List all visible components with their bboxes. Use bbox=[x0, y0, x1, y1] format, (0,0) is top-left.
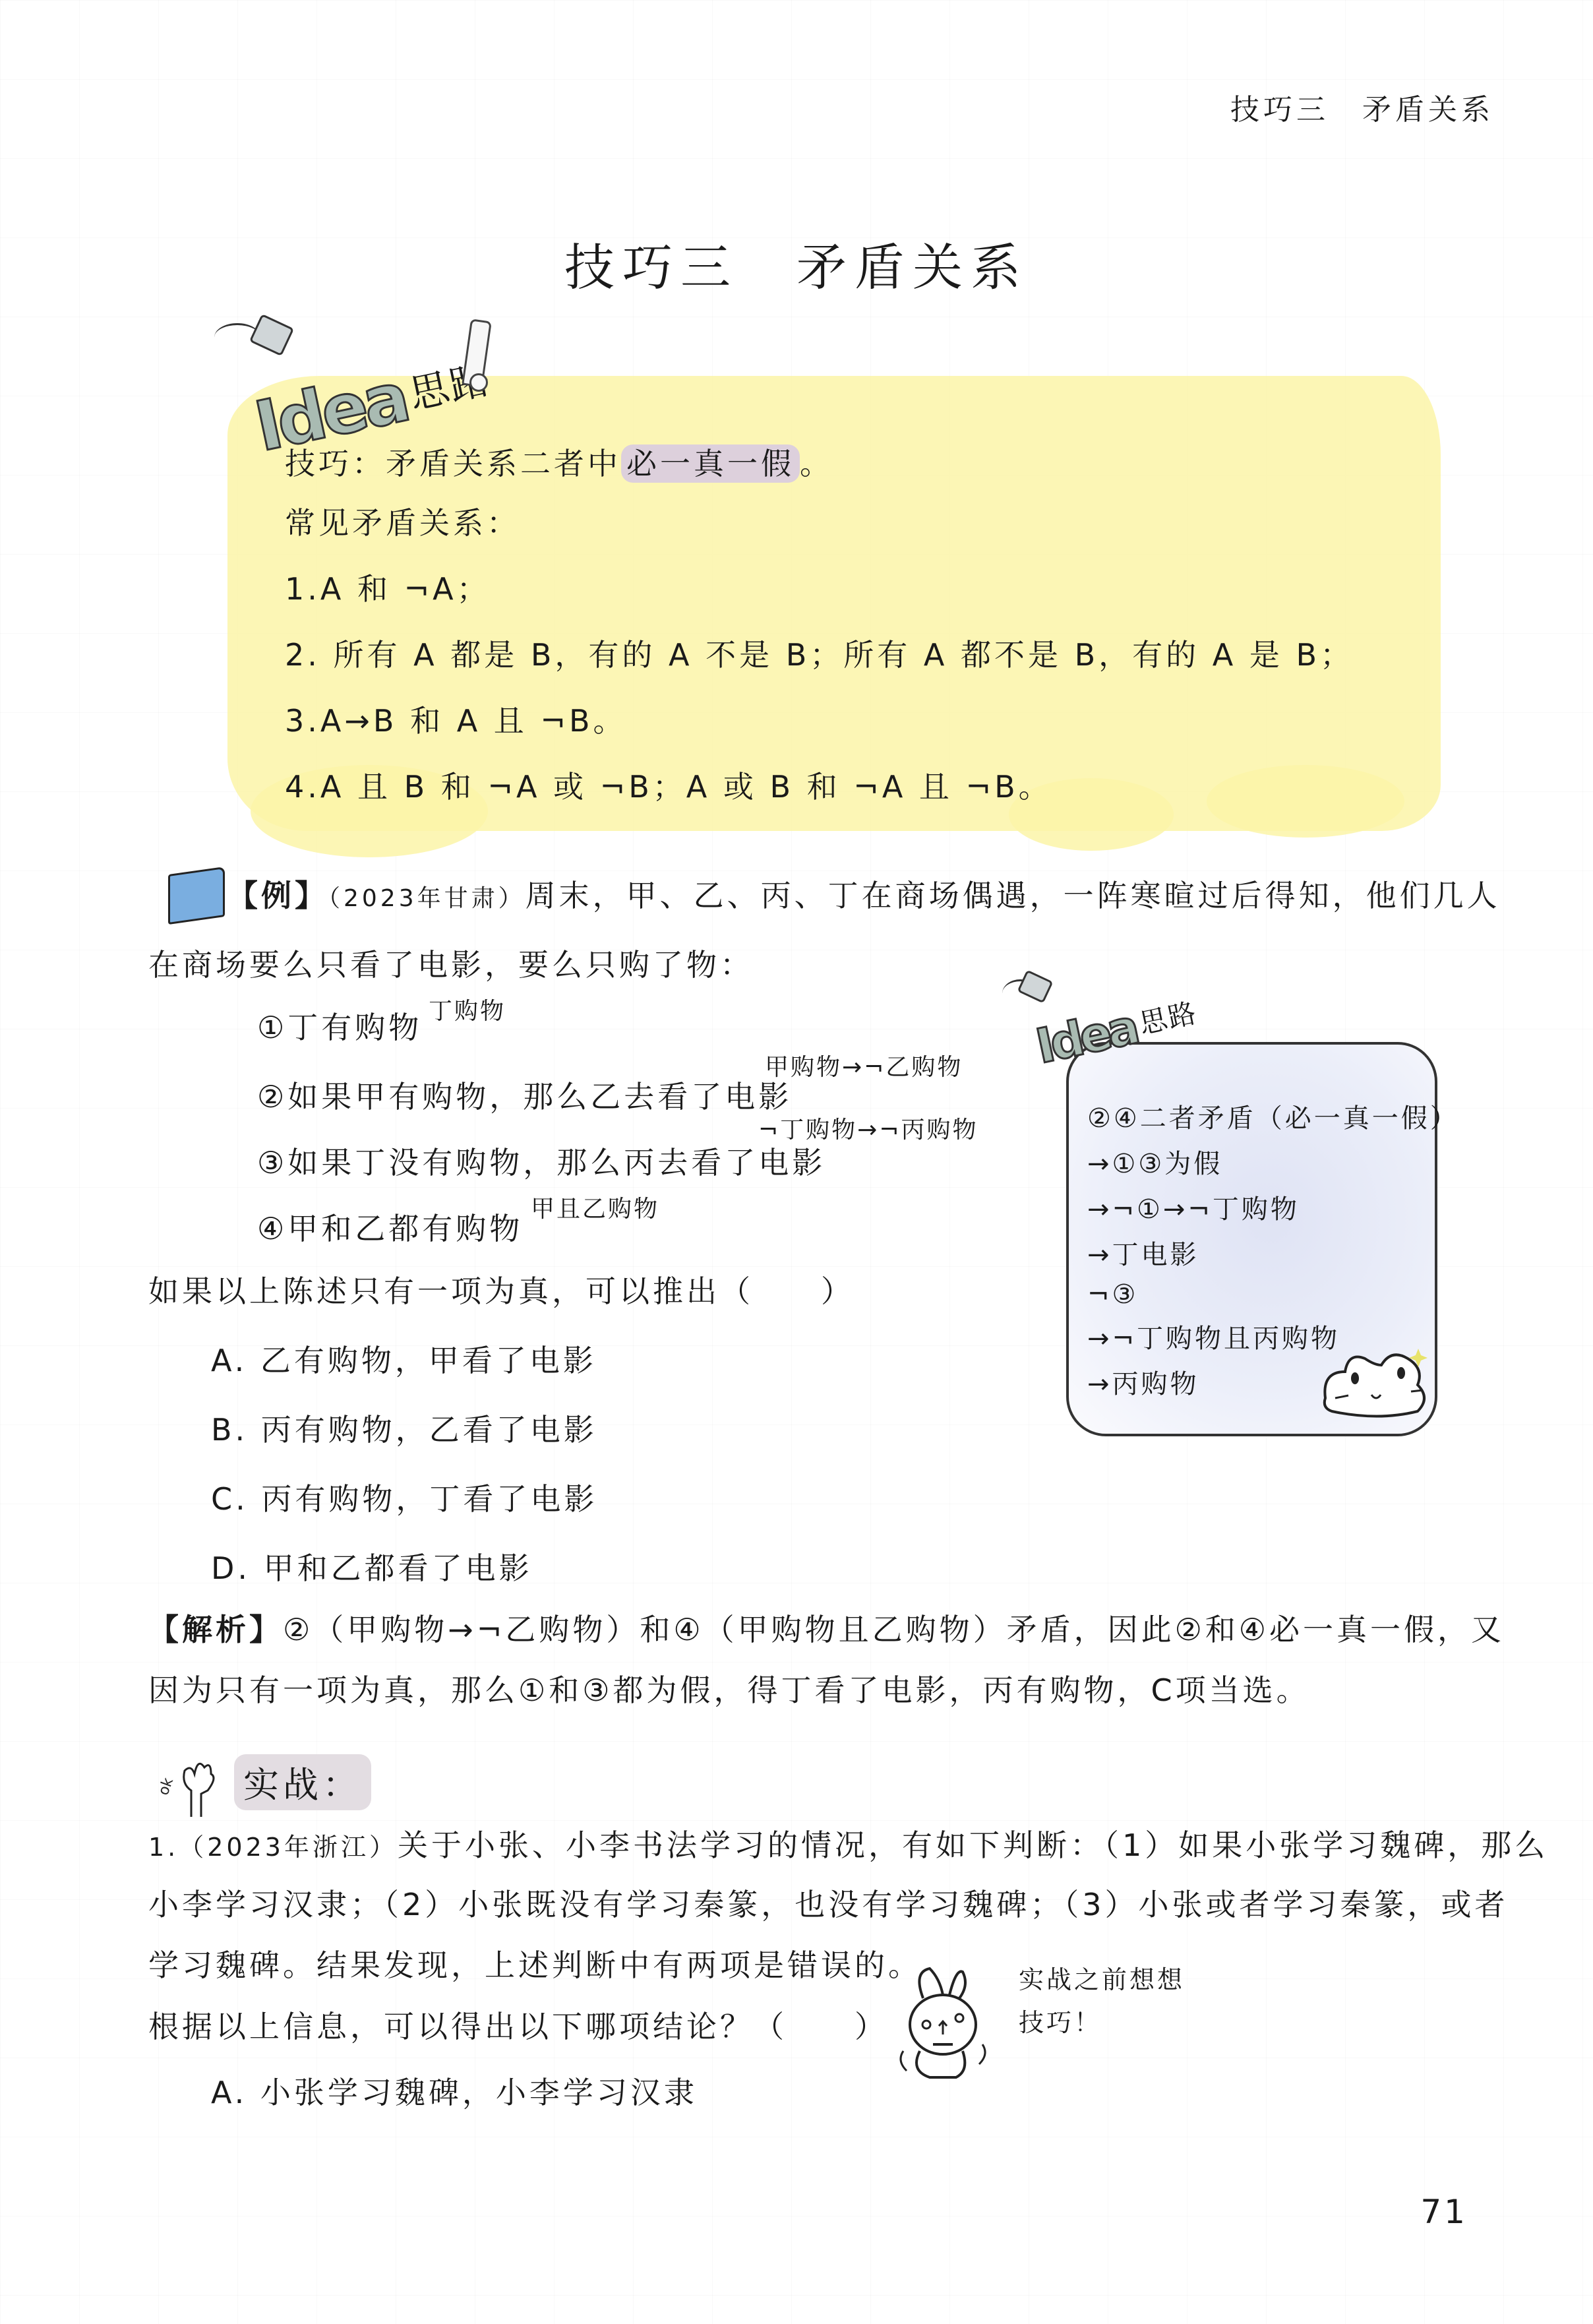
svg-text:ok: ok bbox=[156, 1775, 177, 1797]
ok-hand-icon: ok bbox=[155, 1751, 227, 1823]
technique-line: 技巧：矛盾关系二者中必一真一假。 bbox=[285, 448, 833, 479]
think-line: ②④二者矛盾（必一真一假） bbox=[1087, 1097, 1459, 1135]
practice-q1-source: 1.（2023年浙江） bbox=[148, 1833, 398, 1862]
exclamation-dot-icon bbox=[469, 373, 488, 392]
option-a[interactable]: A. 乙有购物，甲看了电影 bbox=[211, 1345, 597, 1376]
practice-badge: 实战： bbox=[234, 1754, 371, 1810]
statement-4-note: 甲且乙购物 bbox=[531, 1190, 659, 1224]
idea-badge-label: 思路 bbox=[1135, 991, 1201, 1042]
statement-4: ④甲和乙都有购物 bbox=[257, 1213, 523, 1244]
yellow-wash-drip bbox=[1207, 765, 1404, 838]
common-contradictions-heading: 常见矛盾关系： bbox=[285, 508, 520, 538]
analysis-label: 【解析】 bbox=[148, 1612, 283, 1647]
contradiction-item: 4.A 且 B 和 ¬A 或 ¬B；A 或 B 和 ¬A 且 ¬B。 bbox=[285, 772, 1052, 802]
think-line: →¬①→¬丁购物 bbox=[1087, 1188, 1459, 1226]
contradiction-item: 2. 所有 A 都是 B，有的 A 不是 B；所有 A 都不是 B，有的 A 是… bbox=[285, 640, 1354, 670]
practice-q1-line1: 1.（2023年浙江）关于小张、小李书法学习的情况，有如下判断：（1）如果小张学… bbox=[148, 1830, 1548, 1860]
contradiction-item: 1.A 和 ¬A； bbox=[285, 574, 491, 604]
practice-q1-line3: 学习魏碑。结果发现，上述判断中有两项是错误的。 bbox=[148, 1950, 922, 1980]
practice-q1-question: 根据以上信息，可以得出以下哪项结论？（ ） bbox=[148, 2011, 888, 2042]
frog-icon bbox=[1319, 1345, 1431, 1418]
option-d[interactable]: D. 甲和乙都看了电影 bbox=[211, 1553, 533, 1583]
analysis-line1: 【解析】②（甲购物→¬乙购物）和④（甲购物且乙购物）矛盾，因此②和④必一真一假，… bbox=[148, 1614, 1505, 1645]
example-question: 如果以上陈述只有一项为真，可以推出（ ） bbox=[148, 1276, 855, 1306]
think-line: ¬③ bbox=[1087, 1279, 1459, 1310]
practice-q1-option-a[interactable]: A. 小张学习魏碑，小李学习汉隶 bbox=[211, 2077, 698, 2108]
statement-2: ②如果甲有购物，那么乙去看了电影 bbox=[257, 1082, 792, 1112]
statement-3-note: ¬丁购物→¬丙购物 bbox=[758, 1111, 978, 1145]
book-icon bbox=[168, 867, 225, 925]
example-label: 【例】 bbox=[227, 878, 328, 913]
statement-1: ①丁有购物 bbox=[257, 1012, 422, 1043]
analysis-line2: 因为只有一项为真，那么①和③都为假，得丁看了电影，丙有购物，C项当选。 bbox=[148, 1675, 1310, 1705]
practice-q1-line2: 小李学习汉隶；（2）小张既没有学习秦篆，也没有学习魏碑；（3）小张或者学习秦篆，… bbox=[148, 1889, 1509, 1920]
statement-1-note: 丁购物 bbox=[429, 993, 506, 1026]
option-b[interactable]: B. 丙有购物，乙看了电影 bbox=[211, 1415, 597, 1445]
option-c[interactable]: C. 丙有购物，丁看了电影 bbox=[211, 1484, 597, 1514]
example-stem-line2: 在商场要么只看了电影，要么只购了物： bbox=[148, 950, 754, 980]
example-stem-line1: 【例】（2023年甘肃）周末，甲、乙、丙、丁在商场偶遇，一阵寒暄过后得知，他们几… bbox=[227, 880, 1501, 911]
running-head: 技巧三 矛盾关系 bbox=[1230, 86, 1494, 128]
think-line: →①③为假 bbox=[1087, 1143, 1459, 1180]
example-source: （2023年甘肃） bbox=[328, 885, 526, 912]
page-number: 71 bbox=[1420, 2193, 1468, 2231]
cartoon-rabbit-icon bbox=[884, 1959, 1002, 2084]
think-line: →丁电影 bbox=[1087, 1234, 1459, 1271]
statement-3: ③如果丁没有购物，那么丙去看了电影 bbox=[257, 1147, 826, 1178]
contradiction-item: 3.A→B 和 A 且 ¬B。 bbox=[285, 706, 627, 736]
technique-highlight: 必一真一假 bbox=[621, 444, 800, 483]
page-title: 技巧三 矛盾关系 bbox=[0, 228, 1593, 299]
sticker-note: 实战之前想想 技巧！ bbox=[1019, 1959, 1185, 2044]
statement-2-note: 甲购物→¬乙购物 bbox=[765, 1049, 963, 1082]
